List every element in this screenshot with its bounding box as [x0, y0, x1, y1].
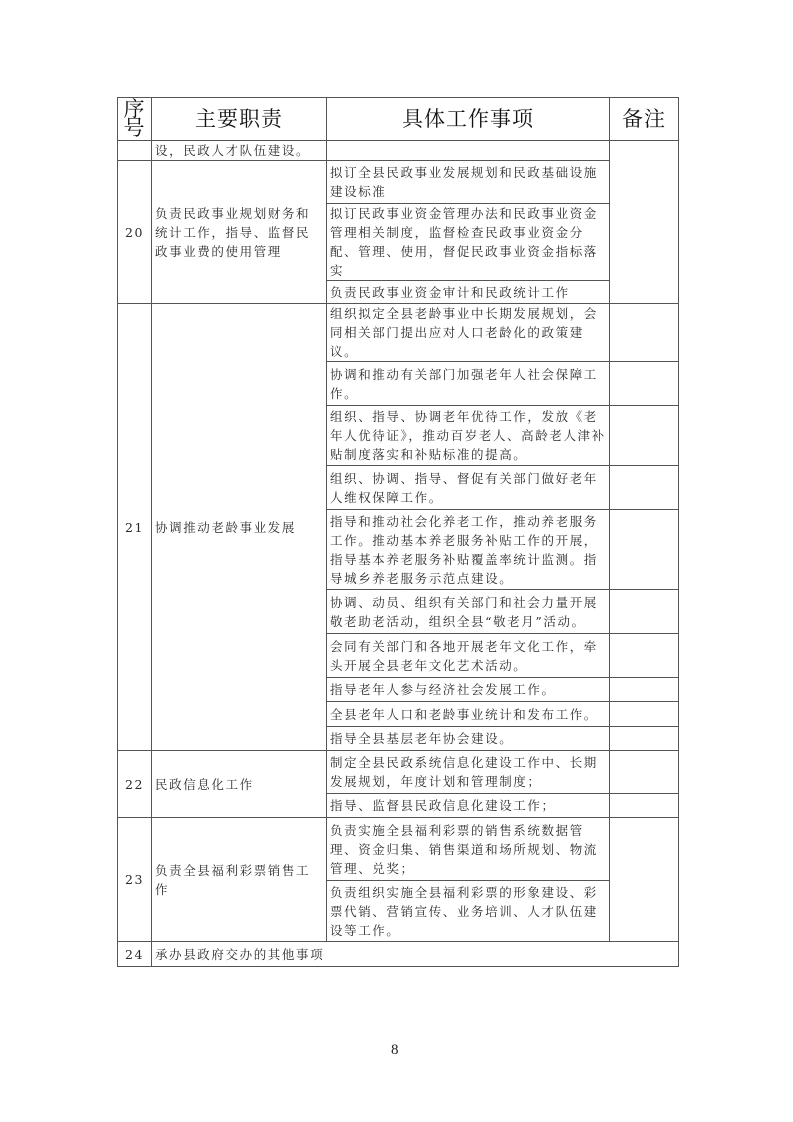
row-note [610, 702, 679, 727]
header-items: 具体工作事项 [327, 98, 610, 141]
header-seq: 序号 [118, 98, 152, 141]
table-row: 24 承办县政府交办的其他事项 [118, 942, 679, 967]
table-row: 23 负责全县福利彩票销售工作 负责实施全县福利彩票的销售系统数据管理、资金归集… [118, 818, 679, 881]
row-num: 22 [118, 751, 152, 818]
table-row: 22 民政信息化工作 制定全县民政系统信息化建设工作中、长期发展规划，年度计划和… [118, 751, 679, 794]
row-duty: 民政信息化工作 [152, 751, 327, 818]
row-num: 24 [118, 942, 152, 967]
row-item: 负责组织实施全县福利彩票的形象建设、彩票代销、营销宣传、业务培训、人才队伍建设等… [327, 881, 610, 942]
row-duty: 设，民政人才队伍建设。 [152, 141, 327, 161]
row-num: 23 [118, 818, 152, 942]
row-duty: 承办县政府交办的其他事项 [152, 942, 679, 967]
row-note [610, 590, 679, 634]
row-note [610, 794, 679, 818]
row-item: 协调、动员、组织有关部门和社会力量开展敬老助老活动，组织全县“敬老月”活动。 [327, 590, 610, 634]
row-item: 负责民政事业资金审计和民政统计工作 [327, 281, 610, 304]
header-duty: 主要职责 [152, 98, 327, 141]
row-item: 组织、指导、协调老年优待工作，发放《老年人优待证》，推动百岁老人、高龄老人津补贴… [327, 406, 610, 466]
row-note [610, 406, 679, 466]
row-item: 指导全县基层老年协会建设。 [327, 727, 610, 751]
row-note [610, 634, 679, 678]
row-note [610, 304, 679, 362]
table-row: 设，民政人才队伍建设。 [118, 141, 679, 161]
row-note [610, 141, 679, 304]
row-duty: 负责民政事业规划财务和统计工作，指导、监督民政事业费的使用管理 [152, 161, 327, 304]
row-note [610, 510, 679, 590]
row-note [610, 727, 679, 751]
row-note [610, 818, 679, 942]
row-item: 指导老年人参与经济社会发展工作。 [327, 678, 610, 702]
row-item: 组织、协调、指导、督促有关部门做好老年人维权保障工作。 [327, 466, 610, 510]
row-duty: 协调推动老龄事业发展 [152, 304, 327, 751]
table-row: 21 协调推动老龄事业发展 组织拟定全县老龄事业中长期发展规划，会同相关部门提出… [118, 304, 679, 362]
row-note [610, 751, 679, 794]
row-duty: 负责全县福利彩票销售工作 [152, 818, 327, 942]
row-num: 20 [118, 161, 152, 304]
row-item: 组织拟定全县老龄事业中长期发展规划，会同相关部门提出应对人口老龄化的政策建议。 [327, 304, 610, 362]
row-item: 拟订全县民政事业发展规划和民政基础设施建设标准 [327, 161, 610, 204]
row-item: 全县老年人口和老龄事业统计和发布工作。 [327, 702, 610, 727]
row-item [327, 141, 610, 161]
row-num: 21 [118, 304, 152, 751]
row-item: 拟订民政事业资金管理办法和民政事业资金管理相关制度，监督检查民政事业资金分配、管… [327, 204, 610, 281]
row-note [610, 362, 679, 406]
duties-table: 序号 主要职责 具体工作事项 备注 设，民政人才队伍建设。 20 负责民政事业规… [117, 97, 679, 967]
row-item: 制定全县民政系统信息化建设工作中、长期发展规划，年度计划和管理制度； [327, 751, 610, 794]
row-item: 指导和推动社会化养老工作，推动养老服务工作。推动基本养老服务补贴工作的开展，指导… [327, 510, 610, 590]
row-note [610, 466, 679, 510]
header-row: 序号 主要职责 具体工作事项 备注 [118, 98, 679, 141]
row-item: 协调和推动有关部门加强老年人社会保障工作。 [327, 362, 610, 406]
row-note [610, 678, 679, 702]
header-note: 备注 [610, 98, 679, 141]
row-item: 负责实施全县福利彩票的销售系统数据管理、资金归集、销售渠道和场所规划、物流管理、… [327, 818, 610, 881]
row-item: 会同有关部门和各地开展老年文化工作，牵头开展全县老年文化艺术活动。 [327, 634, 610, 678]
page-number: 8 [391, 1042, 399, 1059]
table-row: 20 负责民政事业规划财务和统计工作，指导、监督民政事业费的使用管理 拟订全县民… [118, 161, 679, 204]
row-num [118, 141, 152, 161]
row-item: 指导、监督县民政信息化建设工作； [327, 794, 610, 818]
